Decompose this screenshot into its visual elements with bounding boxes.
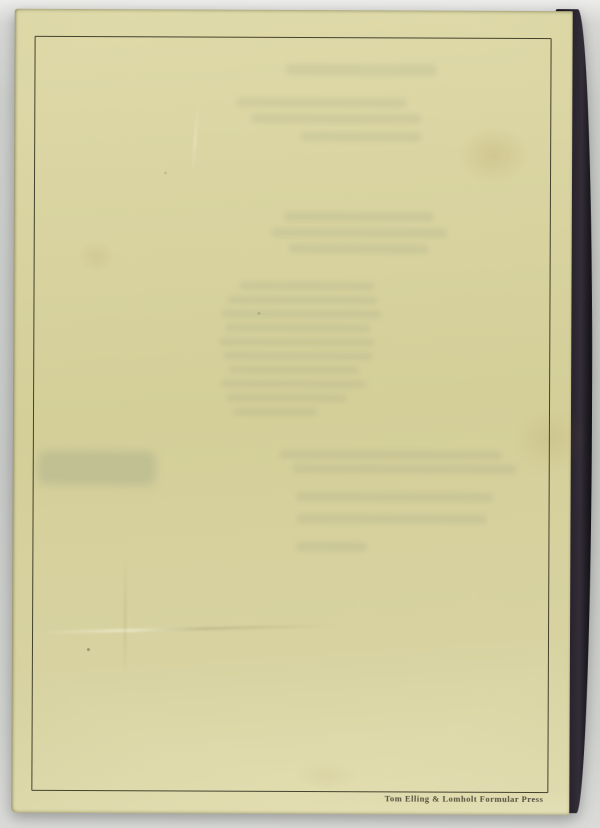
- ghost-text-line: [289, 244, 429, 254]
- ghost-text-line: [296, 542, 366, 551]
- paper-stain: [69, 234, 124, 279]
- ghost-text-line: [227, 394, 347, 403]
- ghost-text-line: [293, 464, 517, 474]
- ghost-word-large: [38, 451, 156, 486]
- back-cover-paper: Tom Elling & Lomholt Formular Press: [11, 9, 573, 815]
- ghost-text-line: [219, 338, 374, 347]
- paper-stain: [495, 391, 600, 486]
- printer-imprint-text: Tom Elling & Lomholt Formular Press: [385, 793, 544, 804]
- ghost-text-line: [221, 310, 381, 319]
- ghost-text-line: [233, 408, 318, 416]
- ghost-text-line: [221, 380, 366, 389]
- ghost-text-line: [286, 64, 436, 76]
- photo-background: Tom Elling & Lomholt Formular Press: [0, 0, 600, 828]
- ghost-text-line: [236, 98, 406, 108]
- ghost-text-line: [280, 450, 502, 460]
- paper-stain: [443, 115, 543, 195]
- ghost-text-line: [272, 228, 447, 238]
- ghost-text-line: [227, 296, 377, 305]
- booklet: Tom Elling & Lomholt Formular Press: [11, 7, 594, 816]
- ghost-text-line: [297, 492, 493, 502]
- ghost-text-line: [225, 324, 370, 333]
- ghost-text-line: [240, 282, 375, 291]
- paper-stain: [281, 755, 371, 795]
- paper-speck: [164, 171, 167, 174]
- ghost-text-line: [223, 352, 373, 361]
- paper-speck: [87, 648, 90, 651]
- ghost-text-line: [251, 114, 421, 124]
- ghost-text-line: [297, 514, 487, 524]
- paper-speck: [257, 312, 260, 315]
- ghost-text-line: [284, 212, 434, 222]
- ghost-text-line: [229, 366, 359, 375]
- ghost-text-line: [301, 132, 421, 142]
